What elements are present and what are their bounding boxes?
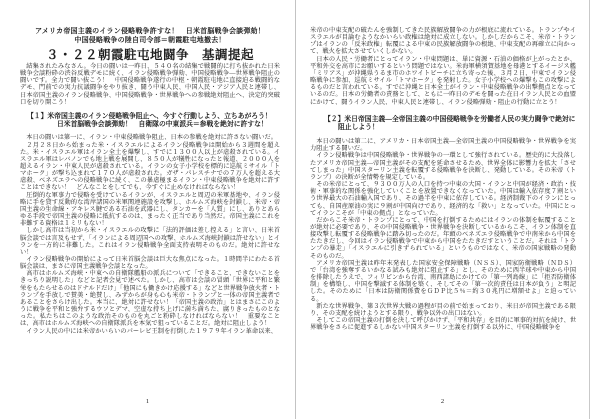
page-number: 1 bbox=[0, 398, 295, 405]
page-number: 2 bbox=[296, 398, 589, 405]
section-1-heading-line2: 日米首脳戦争会談弾劾！ 自衛隊の中東派兵＝参戦を絶対に許すな！ bbox=[57, 121, 280, 129]
paragraph: だからこそ米帝・トランプにとって、中国を打倒するためにはイランの体制を転覆するこ… bbox=[310, 217, 576, 260]
page-1: アメリカ帝国主義のイラン侵略戦争許すな！ 日米首脳戦争会談弾劾！ 中国侵略戦争の… bbox=[0, 0, 296, 419]
paragraph: しかし高市は当初から米・イスラエルの攻撃に「法的評価は差し控える」と言い、日米首… bbox=[20, 227, 280, 256]
paragraph: アメリカ帝国主義は昨年末発表した国家安全保障戦略（ＮＳＳ）、国家防衛戦略（ＮＤＳ… bbox=[310, 260, 576, 303]
header-slogan-line2: 中国侵略戦争の陸自司令部＝朝霞駐屯地撤去！ bbox=[20, 36, 280, 45]
section-1-heading-line1: 【１】米帝国主義のイラン侵略戦争阻止へ、今すぐ行動しよう、立ちあがろう！ bbox=[27, 113, 280, 121]
paragraph: その米帝にとって、９３００万人の人口を持つ中東の大国・イランと中国が経済・政治・… bbox=[310, 181, 576, 217]
section-2-heading: 【２】米日帝国主義―全帝国主義の中国侵略戦争を労働者人民の実力闘争で絶対に阻止し… bbox=[317, 116, 576, 132]
paragraph: 圧倒的な軍事力で侵略を受けているイランが、イスラエルと周辺の米軍基地や、イラン侵… bbox=[20, 192, 280, 228]
intro-paragraph: 結集されたみなさん。今日の闘いは一昨日、５４０名の結集で戦闘的に打ち抜かれた日米… bbox=[20, 63, 280, 106]
paragraph: 新たな世界戦争、第３次世界大戦の過程が目の前で始まっており、米日が帝国主義である… bbox=[310, 303, 576, 317]
paragraph: 本日の闘いは第二に、アメリカ・日本帝国主義―全帝国主義の中国侵略戦争・世界戦争を… bbox=[310, 138, 576, 152]
paragraph: イラン人民の中には米帝かいらいのパーレビ王制を打倒した１９７９年イラン革命以来、 bbox=[20, 328, 280, 335]
paragraph: ２月２８日から始まった米・イスラエルによるイラン侵略戦争は開始から３週間を超えた… bbox=[20, 142, 280, 192]
paragraph: 本日の闘いは第一に、イラン・中東侵略戦争阻止、日本の参戦を絶対に許さない闘いだ。 bbox=[20, 134, 280, 141]
header-slogan-line1: アメリカ帝国主義のイラン侵略戦争許すな！ 日米首脳戦争会談弾劾！ bbox=[20, 27, 280, 36]
paragraph: 高市はホルムズ海峡・中東への自衛隊艦船の派兵について「できること、できないことを… bbox=[20, 270, 280, 327]
page-2: 米帝の中東支配の破たんを強制してきた民族解放闘争の力が根底に流れている。トランプ… bbox=[296, 0, 590, 419]
section-1-heading: 【１】米帝国主義のイラン侵略戦争阻止へ、今すぐ行動しよう、立ちあがろう！ 日米首… bbox=[20, 113, 280, 129]
document-title: ３・２２朝霞駐屯地闘争 基調提起 bbox=[20, 48, 280, 63]
paragraph: そしてこの帝国主義の打倒を決して呼びかけず、「平和共存」を目的に軍事的対抗を続け… bbox=[310, 317, 576, 331]
paragraph: イラン侵略戦争の開始によって日米首脳会談は巨大な焦点になった。１時間半にわたる首… bbox=[20, 256, 280, 270]
paragraph: 日本の人民・労働者にとってイラン・中東問題は、単に資源・石油の価格が上がったとか… bbox=[310, 56, 576, 106]
document-spread: アメリカ帝国主義のイラン侵略戦争許すな！ 日米首脳戦争会談弾劾！ 中国侵略戦争の… bbox=[0, 0, 600, 419]
paragraph: 米帝の中東支配の破たんを強制してきた民族解放闘争の力が根底に流れている。トランプ… bbox=[310, 27, 576, 56]
paragraph: イラン侵略戦争は中国侵略戦争・世界戦争の一環として強行されている。歴史的に大没落… bbox=[310, 152, 576, 181]
